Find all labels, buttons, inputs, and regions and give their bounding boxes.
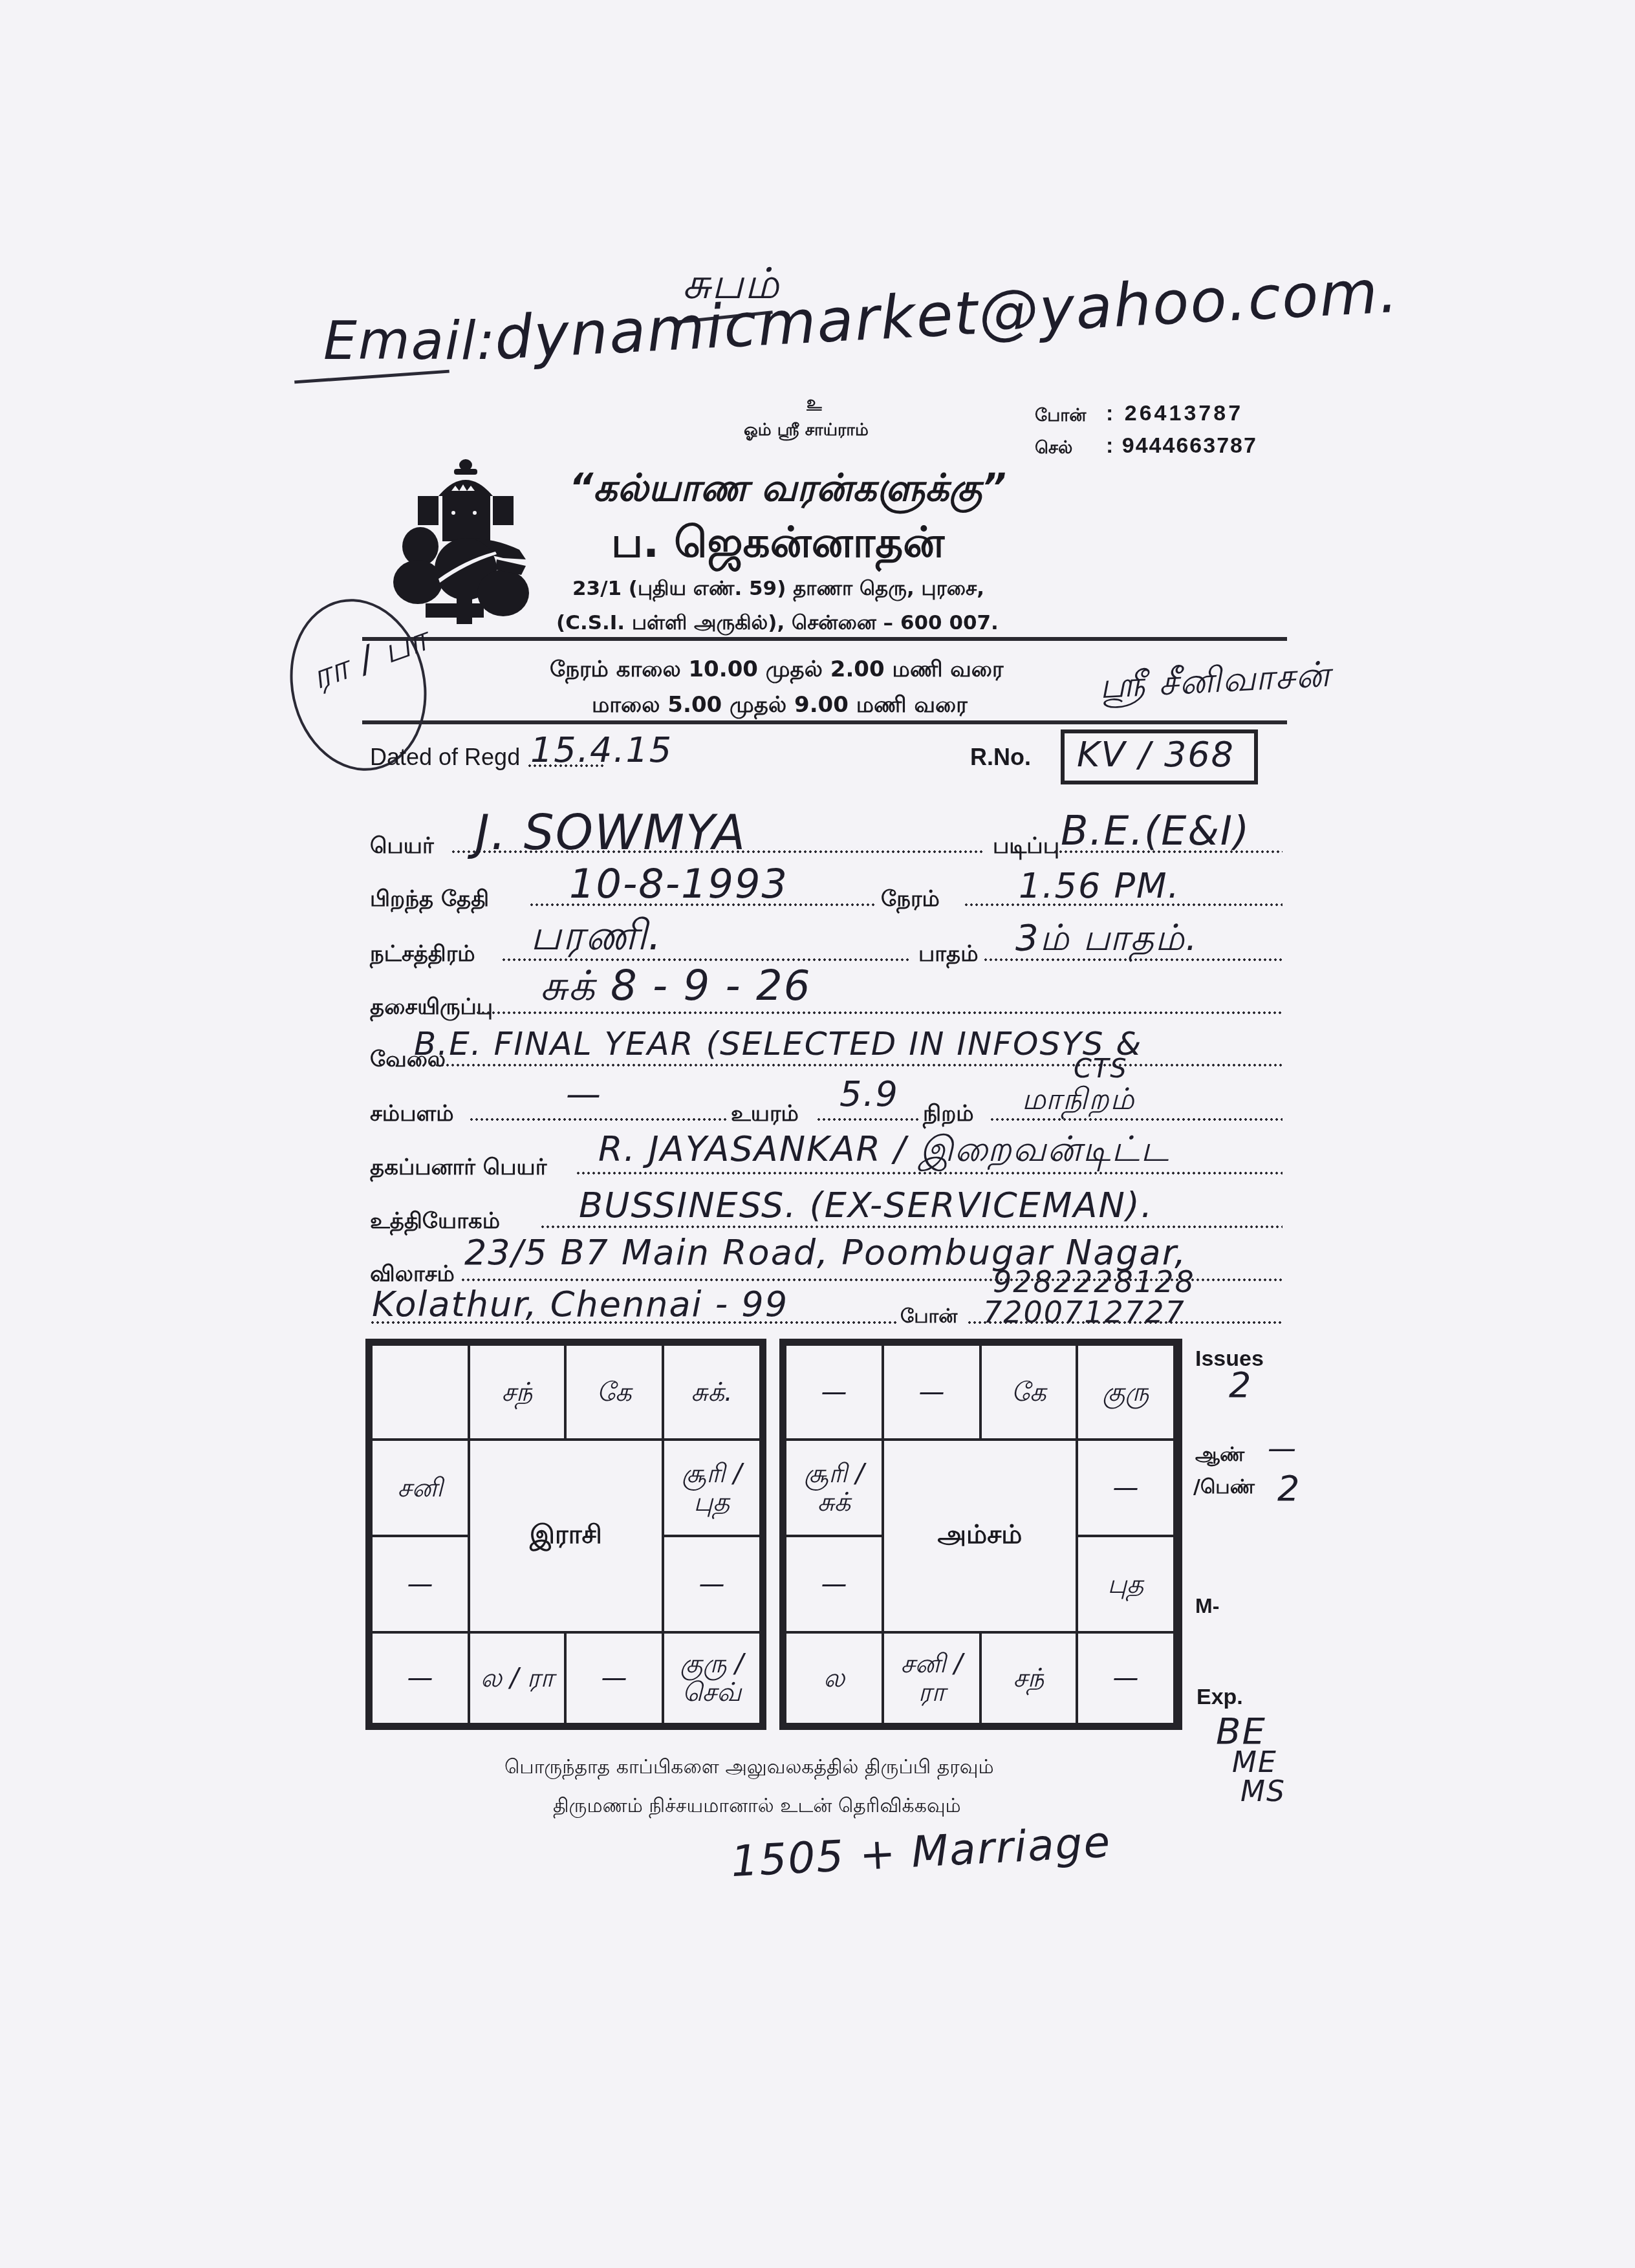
ganesha-icon xyxy=(387,456,542,637)
dasa-label: தசையிருப்பு xyxy=(370,994,493,1022)
tagline: “கல்யாண வரன்களுக்கு” xyxy=(569,466,1006,515)
rasi-cell: — xyxy=(564,1631,664,1725)
padam-value: 3ம் பாதம். xyxy=(1015,917,1198,964)
female-label: /பெண் xyxy=(1193,1476,1255,1501)
exp-value-3: MS xyxy=(1240,1775,1286,1808)
email-label: Email: xyxy=(323,310,496,372)
amsam-cell: சனி / ரா xyxy=(882,1631,982,1725)
email-value: dynamicmarket@yahoo.com. xyxy=(493,257,1400,373)
bottom-note: 1505 + Marriage xyxy=(730,1817,1112,1887)
rasi-cell: கே xyxy=(564,1343,664,1441)
exp-label: Exp. xyxy=(1196,1685,1243,1710)
job-value: B.E. FINAL YEAR (SELECTED IN INFOSYS & xyxy=(414,1025,1142,1063)
rasi-cell: — xyxy=(370,1535,470,1634)
signature-right: ஸ்ரீ சீனிவாசன் xyxy=(1098,654,1332,712)
side-info-border xyxy=(1178,1339,1182,1730)
issues-value: 2 xyxy=(1229,1365,1252,1405)
amsam-chart: — — கே குரு சூரி / சுக் — அம்சம் — புத ல… xyxy=(779,1339,1180,1730)
amsam-cell: — xyxy=(1076,1631,1176,1725)
name-label: பெயர் xyxy=(370,833,434,861)
occupation-dots xyxy=(540,1226,1283,1228)
office-address-line1: 23/1 (புதிய எண். 59) தாணா தெரு, புரசை, xyxy=(572,577,984,603)
height-dots xyxy=(816,1118,920,1121)
invocation-symbol: உ xyxy=(807,393,822,415)
female-value: 2 xyxy=(1277,1468,1301,1509)
education-value: B.E.(E&I) xyxy=(1061,807,1250,854)
footer-line2: திருமணம் நிச்சயமானால் உடன் தெரிவிக்கவும் xyxy=(553,1795,961,1820)
amsam-cell: குரு xyxy=(1076,1343,1176,1441)
male-label: ஆண் xyxy=(1195,1443,1244,1469)
office-cell-value: : 9444663787 xyxy=(1106,433,1257,459)
contact-phone-value-2: 7200712727 xyxy=(983,1295,1186,1330)
footer-line1: பொருந்தாத காப்பிகளை அலுவலகத்தில் திருப்ப… xyxy=(504,1756,994,1781)
contact-phone-label: போன் xyxy=(900,1305,957,1330)
rasi-cell: சூரி / புத xyxy=(662,1438,762,1537)
amsam-cell: — xyxy=(784,1535,884,1634)
salary-dots xyxy=(469,1118,728,1121)
salary-value: — xyxy=(566,1074,602,1114)
complexion-label: நிறம் xyxy=(923,1101,974,1129)
rasi-cell xyxy=(370,1343,470,1441)
office-hours-line1: நேரம் காலை 10.00 முதல் 2.00 மணி வரை xyxy=(550,656,1004,685)
rasi-cell: — xyxy=(370,1631,470,1725)
padam-label: பாதம் xyxy=(918,941,979,969)
m-label: M- xyxy=(1195,1594,1219,1618)
address-value-line2: Kolathur, Chennai - 99 xyxy=(372,1284,788,1324)
complexion-value: மாநிறம் xyxy=(1022,1081,1135,1121)
invocation-text: ஓம் ஸ்ரீ சாய்ராம் xyxy=(744,420,869,442)
contact-phone-value-1: 9282228128 xyxy=(993,1264,1195,1299)
amsam-chart-title: அம்சம் xyxy=(882,1438,1078,1634)
amsam-cell: சூரி / சுக் xyxy=(784,1438,884,1537)
amsam-cell: புத xyxy=(1076,1535,1176,1634)
father-label: தகப்பனார் பெயர் xyxy=(370,1154,547,1183)
male-value: — xyxy=(1268,1432,1297,1465)
rno-value: KV / 368 xyxy=(1077,734,1235,775)
education-label: படிப்பு xyxy=(993,833,1059,861)
office-cell-label: செல் xyxy=(1035,438,1072,460)
divider-hours xyxy=(362,720,1287,724)
star-value: பரணி. xyxy=(530,912,662,965)
dob-value: 10-8-1993 xyxy=(569,860,788,907)
salary-label: சம்பளம் xyxy=(370,1101,454,1129)
father-value: R. JAYASANKAR / இறைவன்டிட்ட xyxy=(598,1129,1170,1174)
rasi-cell: சந் xyxy=(468,1343,567,1441)
time-value: 1.56 PM. xyxy=(1019,865,1180,906)
amsam-cell: — xyxy=(1076,1438,1176,1537)
amsam-cell: கே xyxy=(979,1343,1078,1441)
rno-label: R.No. xyxy=(970,744,1031,771)
proprietor-name: ப. ஜெகன்னாதன் xyxy=(611,517,944,573)
time-label: நேரம் xyxy=(881,886,940,914)
rasi-cell: சனி xyxy=(370,1438,470,1537)
rasi-chart-title: இராசி xyxy=(468,1438,664,1634)
office-phone-value: : 26413787 xyxy=(1106,401,1243,426)
occupation-value: BUSSINESS. (EX-SERVICEMAN). xyxy=(579,1185,1153,1226)
height-value: 5.9 xyxy=(839,1074,899,1114)
star-label: நட்சத்திரம் xyxy=(370,941,475,969)
amsam-cell: ல xyxy=(784,1631,884,1725)
rasi-cell: — xyxy=(662,1535,762,1634)
rasi-cell: குரு / செவ் xyxy=(662,1631,762,1725)
office-hours-line2: மாலை 5.00 முதல் 9.00 மணி வரை xyxy=(592,692,968,720)
divider-top xyxy=(362,637,1287,641)
amsam-cell: — xyxy=(784,1343,884,1441)
rasi-cell: சுக். xyxy=(662,1343,762,1441)
office-phone-label: போன் xyxy=(1035,405,1087,428)
rasi-cell: ல / ரா xyxy=(468,1631,567,1725)
office-address-line2: (C.S.I. பள்ளி அருகில்), சென்னை – 600 007… xyxy=(556,611,999,637)
name-value: J. SOWMYA xyxy=(475,805,746,861)
registration-date-label: Dated of Regd xyxy=(370,744,520,771)
job-value-extra: CTS xyxy=(1074,1054,1128,1084)
dasa-value: சுக் 8 - 9 - 26 xyxy=(540,962,811,1015)
dob-label: பிறந்த தேதி xyxy=(370,886,489,914)
height-label: உயரம் xyxy=(731,1101,799,1129)
rasi-chart: சந் கே சுக். சனி — இராசி சூரி / புத — — … xyxy=(365,1339,766,1730)
registration-date-value: 15.4.15 xyxy=(530,729,673,770)
amsam-cell: — xyxy=(882,1343,982,1441)
amsam-cell: சந் xyxy=(979,1631,1078,1725)
exp-value-2: ME xyxy=(1232,1746,1277,1779)
job-dots xyxy=(435,1064,1283,1066)
